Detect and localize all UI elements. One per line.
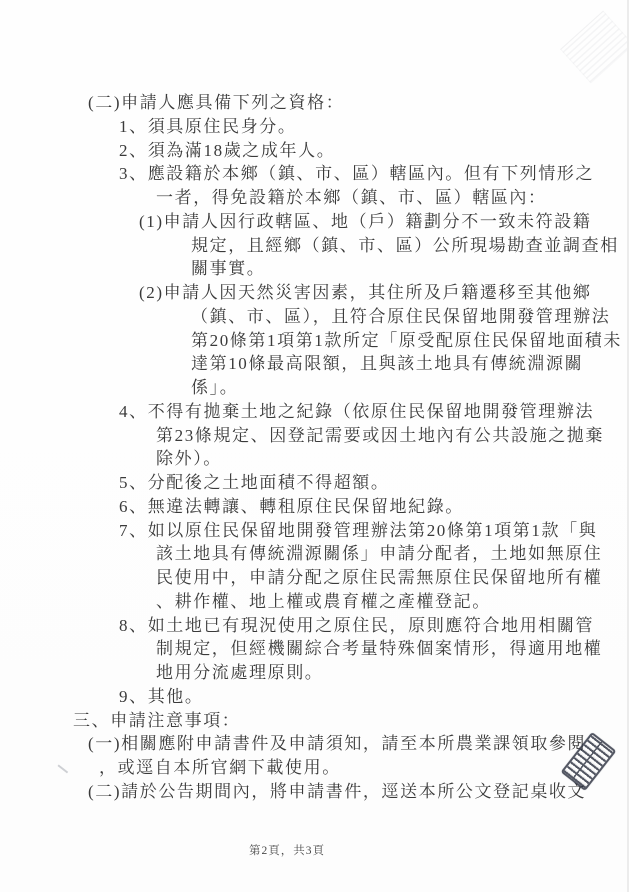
faint-corner-stamp: [560, 11, 629, 84]
text-line: 地用分流處理原則。: [0, 661, 629, 685]
text-line: 1、須具原住民身分。: [0, 115, 629, 139]
text-line: (1)申請人因行政轄區、地（戶）籍劃分不一致未符設籍: [0, 210, 629, 234]
text-line: ，或逕自本所官網下載使用。: [0, 756, 629, 780]
text-line: 除外）。: [0, 447, 629, 471]
text-line: (一)相關應附申請書件及申請須知，請至本所農業課領取參閱: [0, 732, 629, 756]
text-line: 第20條第1項第1款所定「原受配原住民保留地面積未: [0, 329, 629, 353]
text-line: 3、應設籍於本鄉（鎮、市、區）轄區內。但有下列情形之: [0, 162, 629, 186]
text-line: 規定，且經鄉（鎮、市、區）公所現場勘查並調查相: [0, 234, 629, 258]
text-line: (二)申請人應具備下列之資格：: [0, 91, 629, 115]
page-number: 第2頁，共3頁: [249, 842, 325, 858]
text-line: 5、分配後之土地面積不得超額。: [0, 471, 629, 495]
text-line: 2、須為滿18歲之成年人。: [0, 139, 629, 163]
text-line: 係」。: [0, 376, 629, 400]
text-line: (二)請於公告期間內，將申請書件，逕送本所公文登記桌收文: [0, 780, 629, 804]
text-line: 第23條規定、因登記需要或因土地內有公共設施之拋棄: [0, 424, 629, 448]
scanned-page: (二)申請人應具備下列之資格：1、須具原住民身分。2、須為滿18歲之成年人。3、…: [0, 0, 629, 892]
text-line: 7、如以原住民保留地開發管理辦法第20條第1項第1款「與: [0, 519, 629, 543]
text-line: (2)申請人因天然災害因素，其住所及戶籍遷移至其他鄉: [0, 281, 629, 305]
text-line: 6、無違法轉讓、轉租原住民保留地紀錄。: [0, 495, 629, 519]
text-line: 一者，得免設籍於本鄉（鎮、市、區）轄區內：: [0, 186, 629, 210]
text-line: 、耕作權、地上權或農育權之產權登記。: [0, 590, 629, 614]
text-line: （鎮、市、區），且符合原住民保留地開發管理辦法: [0, 305, 629, 329]
text-line: 達第10條最高限額，且與該土地具有傳統淵源關: [0, 352, 629, 376]
text-line: 8、如土地已有現況使用之原住民，原則應符合地用相關管: [0, 614, 629, 638]
text-line: 民使用中，申請分配之原住民需無原住民保留地所有權: [0, 566, 629, 590]
text-line: 該土地具有傳統淵源關係」申請分配者，土地如無原住: [0, 542, 629, 566]
text-line: 制規定，但經機關綜合考量特殊個案情形，得適用地權: [0, 637, 629, 661]
text-line: 關事實。: [0, 257, 629, 281]
text-line: 三、申請注意事項：: [0, 709, 629, 733]
text-line: 9、其他。: [0, 685, 629, 709]
text-line: 4、不得有拋棄土地之紀錄（依原住民保留地開發管理辦法: [0, 400, 629, 424]
document-body: (二)申請人應具備下列之資格：1、須具原住民身分。2、須為滿18歲之成年人。3、…: [0, 91, 629, 804]
